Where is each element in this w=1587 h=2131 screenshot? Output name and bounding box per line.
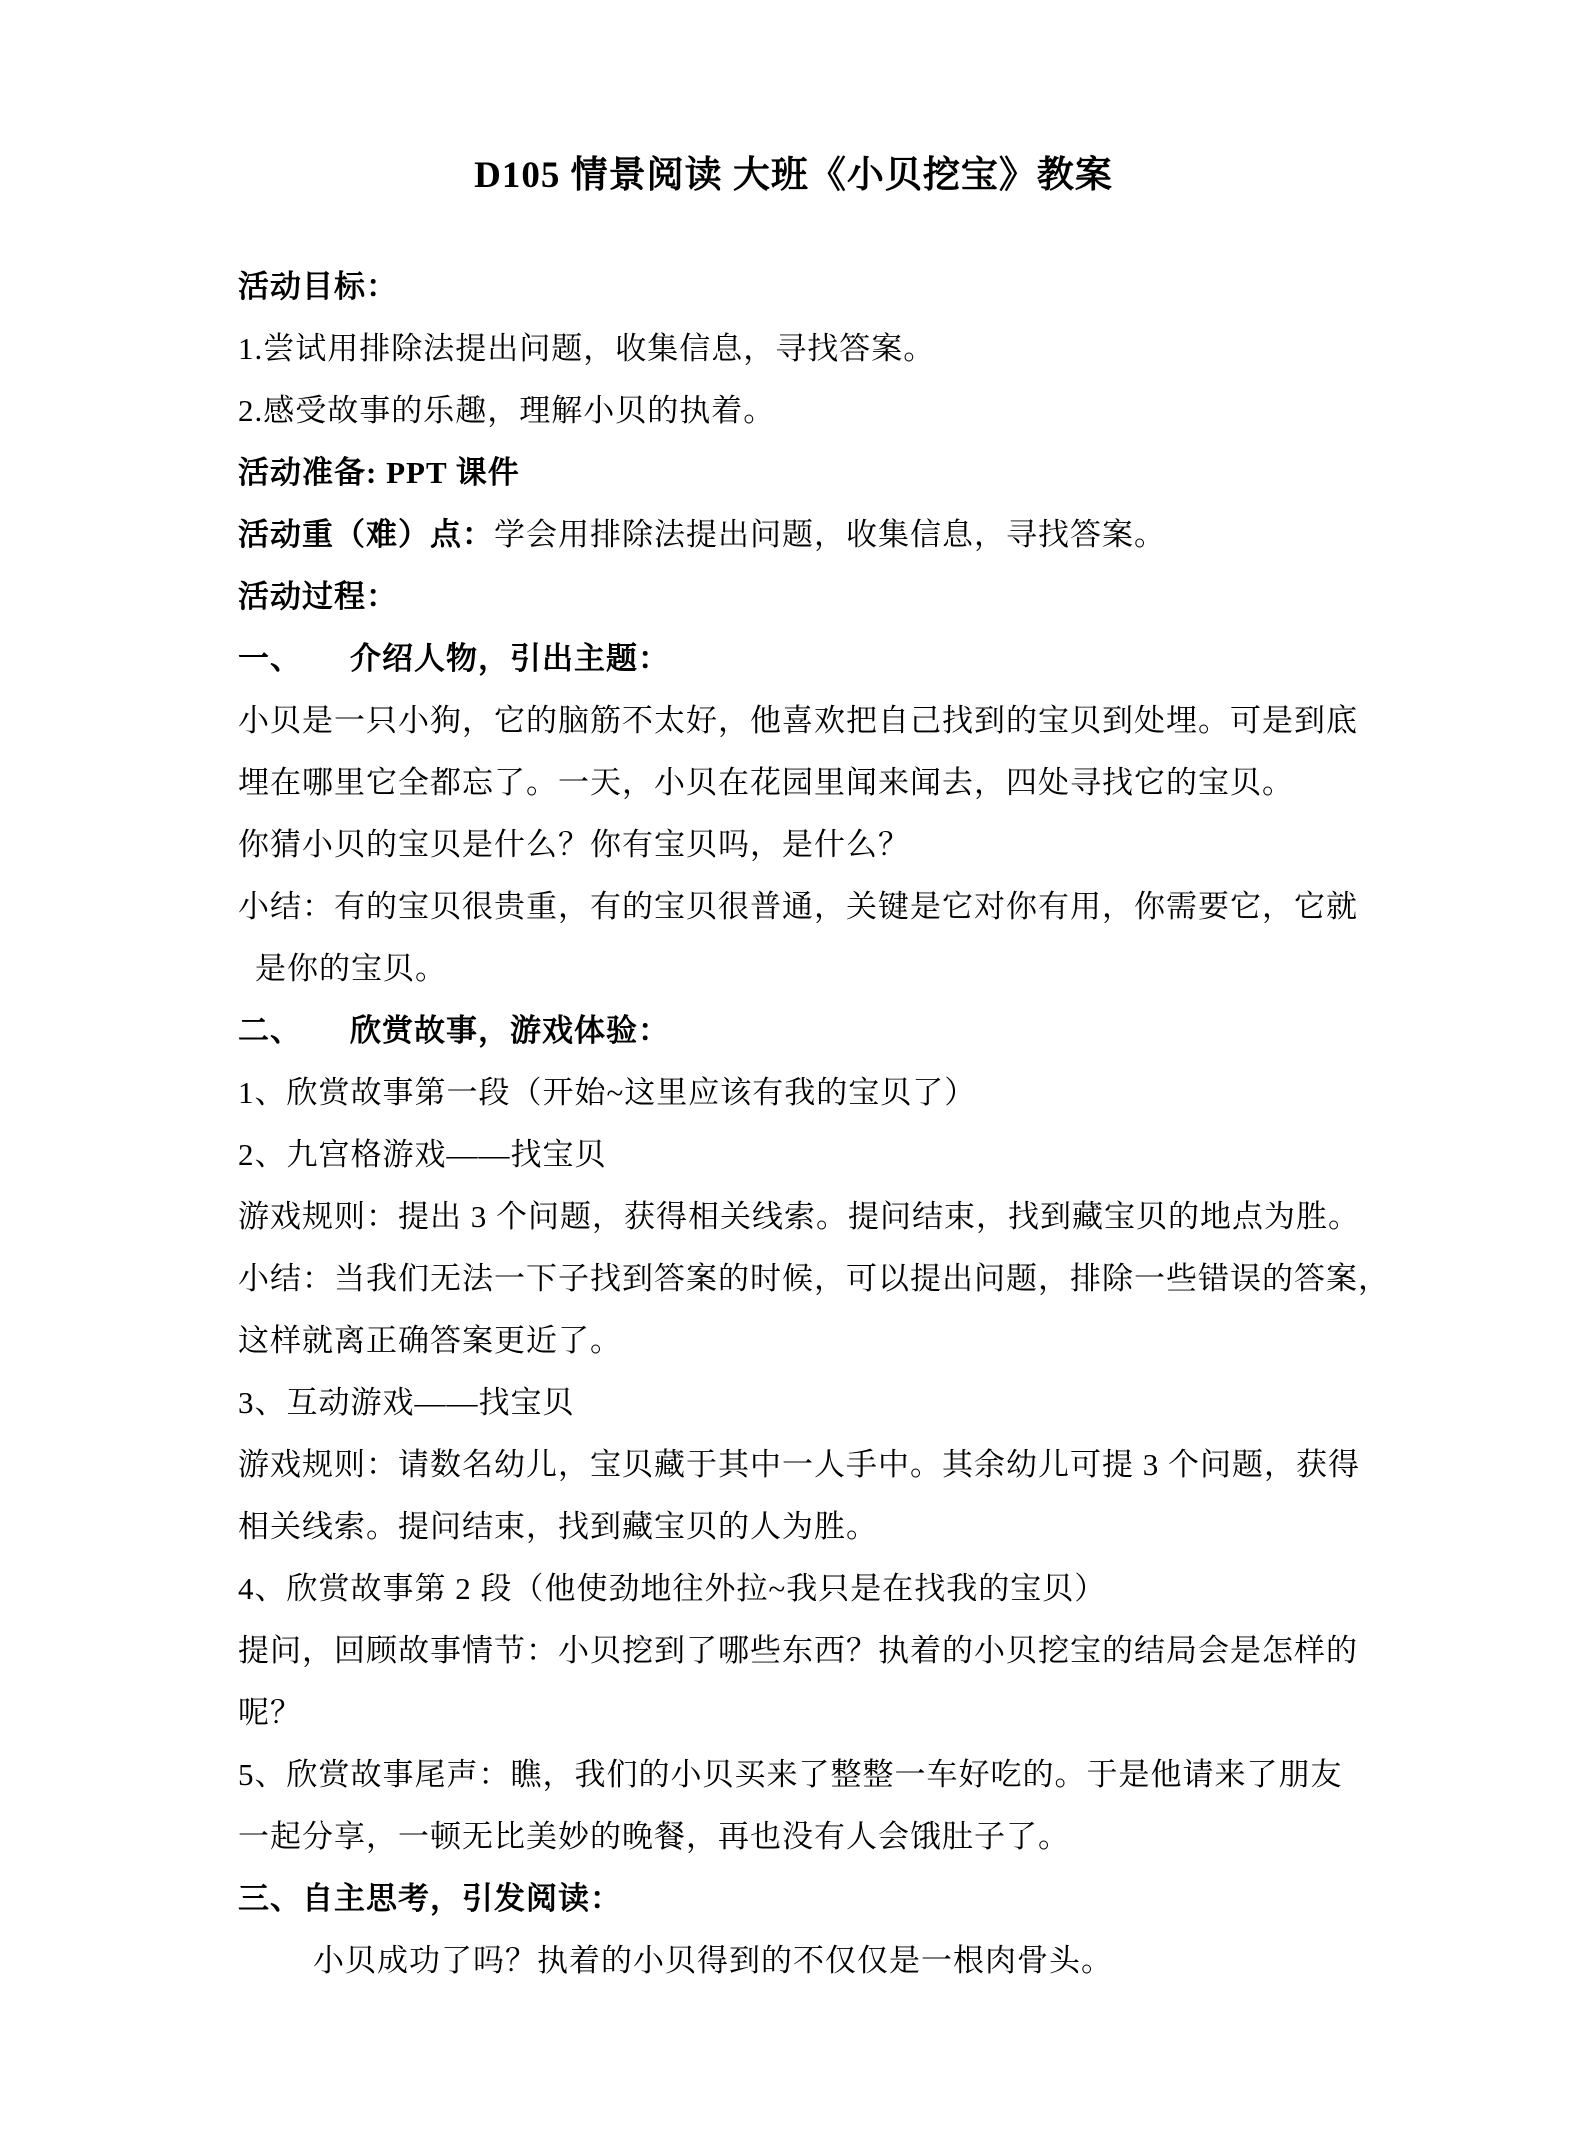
text-segment: 埋在哪里它全都忘了。一天，小贝在花园里闻来闻去，四处寻找它的宝贝。 <box>238 765 1294 800</box>
text-segment: 二、 <box>238 1013 302 1048</box>
text-line: 提问，回顾故事情节：小贝挖到了哪些东西？执着的小贝挖宝的结局会是怎样的 <box>238 1620 1362 1682</box>
text-segment: 学会用排除法提出问题，收集信息，寻找答案。 <box>494 517 1166 552</box>
text-segment: 这样就离正确答案更近了。 <box>238 1323 622 1358</box>
text-segment: 介绍人物，引出主题： <box>350 641 670 676</box>
text-segment: 5、欣赏故事尾声：瞧，我们的小贝买来了整整一车好吃的。于是他请来了朋友 <box>238 1757 1343 1792</box>
text-line: 小结：当我们无法一下子找到答案的时候，可以提出问题，排除一些错误的答案， <box>238 1248 1362 1310</box>
text-segment: 2、九宫格游戏——找宝贝 <box>238 1137 607 1172</box>
text-segment: 4、欣赏故事第 2 段（他使劲地往外拉~我只是在找我的宝贝） <box>238 1571 1106 1606</box>
text-segment: 小贝是一只小狗，它的脑筋不太好，他喜欢把自己找到的宝贝到处埋。可是到底 <box>238 703 1358 738</box>
text-segment: 游戏规则：请数名幼儿，宝贝藏于其中一人手中。其余幼儿可提 3 个问题，获得 <box>238 1447 1360 1482</box>
text-line: 游戏规则：请数名幼儿，宝贝藏于其中一人手中。其余幼儿可提 3 个问题，获得 <box>238 1434 1362 1496</box>
text-line: 4、欣赏故事第 2 段（他使劲地往外拉~我只是在找我的宝贝） <box>238 1558 1362 1620</box>
text-segment: 相关线索。提问结束，找到藏宝贝的人为胜。 <box>238 1509 878 1544</box>
text-segment: 活动重（难）点： <box>238 517 494 552</box>
heading-activity-process: 活动过程： <box>238 566 1362 628</box>
text-line: 这样就离正确答案更近了。 <box>238 1310 1362 1372</box>
text-segment: 活动准备: PPT 课件 <box>238 455 520 490</box>
text-segment: 活动过程： <box>238 579 398 614</box>
tab-space <box>302 1040 350 1041</box>
text-segment: 一、 <box>238 641 302 676</box>
text-line: 3、互动游戏——找宝贝 <box>238 1372 1362 1434</box>
text-segment: 游戏规则：提出 3 个问题，获得相关线索。提问结束，找到藏宝贝的地点为胜。 <box>238 1199 1360 1234</box>
text-line: 相关线索。提问结束，找到藏宝贝的人为胜。 <box>238 1496 1362 1558</box>
document-body: 活动目标：1.尝试用排除法提出问题，收集信息，寻找答案。2.感受故事的乐趣，理解… <box>0 256 1587 1992</box>
text-line: 小贝成功了吗？执着的小贝得到的不仅仅是一根肉骨头。 <box>238 1930 1362 1992</box>
section-3-heading: 三、自主思考，引发阅读： <box>238 1868 1362 1930</box>
text-segment: 1.尝试用排除法提出问题，收集信息，寻找答案。 <box>238 331 935 366</box>
text-segment: 一起分享，一顿无比美妙的晚餐，再也没有人会饿肚子了。 <box>238 1819 1070 1854</box>
text-line: 小贝是一只小狗，它的脑筋不太好，他喜欢把自己找到的宝贝到处埋。可是到底 <box>238 690 1362 752</box>
text-segment: 提问，回顾故事情节：小贝挖到了哪些东西？执着的小贝挖宝的结局会是怎样的 <box>238 1633 1358 1668</box>
text-line: 呢？ <box>238 1682 1362 1744</box>
text-line: 一起分享，一顿无比美妙的晚餐，再也没有人会饿肚子了。 <box>238 1806 1362 1868</box>
text-segment: 欣赏故事，游戏体验： <box>350 1013 670 1048</box>
text-line: 是你的宝贝。 <box>238 938 1362 1000</box>
text-segment: 小贝成功了吗？执着的小贝得到的不仅仅是一根肉骨头。 <box>313 1943 1113 1978</box>
heading-activity-goals: 活动目标： <box>238 256 1362 318</box>
text-segment: 是你的宝贝。 <box>255 951 447 986</box>
text-line: 你猜小贝的宝贝是什么？你有宝贝吗，是什么？ <box>238 814 1362 876</box>
goal-item-2: 2.感受故事的乐趣，理解小贝的执着。 <box>238 380 1362 442</box>
document-title: D105 情景阅读 大班《小贝挖宝》教案 <box>0 0 1587 207</box>
text-line: 游戏规则：提出 3 个问题，获得相关线索。提问结束，找到藏宝贝的地点为胜。 <box>238 1186 1362 1248</box>
text-segment: 活动目标： <box>238 269 398 304</box>
heading-activity-key-points: 活动重（难）点：学会用排除法提出问题，收集信息，寻找答案。 <box>238 504 1362 566</box>
text-segment: 小结：当我们无法一下子找到答案的时候，可以提出问题，排除一些错误的答案， <box>238 1261 1390 1296</box>
text-segment: 你猜小贝的宝贝是什么？你有宝贝吗，是什么？ <box>238 827 910 862</box>
text-line: 2、九宫格游戏——找宝贝 <box>238 1124 1362 1186</box>
text-segment: 呢？ <box>238 1695 302 1730</box>
text-segment: 小结：有的宝贝很贵重，有的宝贝很普通，关键是它对你有用，你需要它，它就 <box>238 889 1358 924</box>
text-line: 小结：有的宝贝很贵重，有的宝贝很普通，关键是它对你有用，你需要它，它就 <box>238 876 1362 938</box>
tab-space <box>302 668 350 669</box>
text-segment: 2.感受故事的乐趣，理解小贝的执着。 <box>238 393 775 428</box>
section-2-heading: 二、欣赏故事，游戏体验： <box>238 1000 1362 1062</box>
text-segment: 三、自主思考，引发阅读： <box>238 1881 622 1916</box>
text-line: 1、欣赏故事第一段（开始~这里应该有我的宝贝了） <box>238 1062 1362 1124</box>
text-segment: 3、互动游戏——找宝贝 <box>238 1385 575 1420</box>
text-segment: 1、欣赏故事第一段（开始~这里应该有我的宝贝了） <box>238 1075 976 1110</box>
goal-item-1: 1.尝试用排除法提出问题，收集信息，寻找答案。 <box>238 318 1362 380</box>
document-page: D105 情景阅读 大班《小贝挖宝》教案 活动目标：1.尝试用排除法提出问题，收… <box>0 0 1587 2131</box>
heading-activity-preparation: 活动准备: PPT 课件 <box>238 442 1362 504</box>
section-1-heading: 一、介绍人物，引出主题： <box>238 628 1362 690</box>
text-line: 埋在哪里它全都忘了。一天，小贝在花园里闻来闻去，四处寻找它的宝贝。 <box>238 752 1362 814</box>
text-line: 5、欣赏故事尾声：瞧，我们的小贝买来了整整一车好吃的。于是他请来了朋友 <box>238 1744 1362 1806</box>
